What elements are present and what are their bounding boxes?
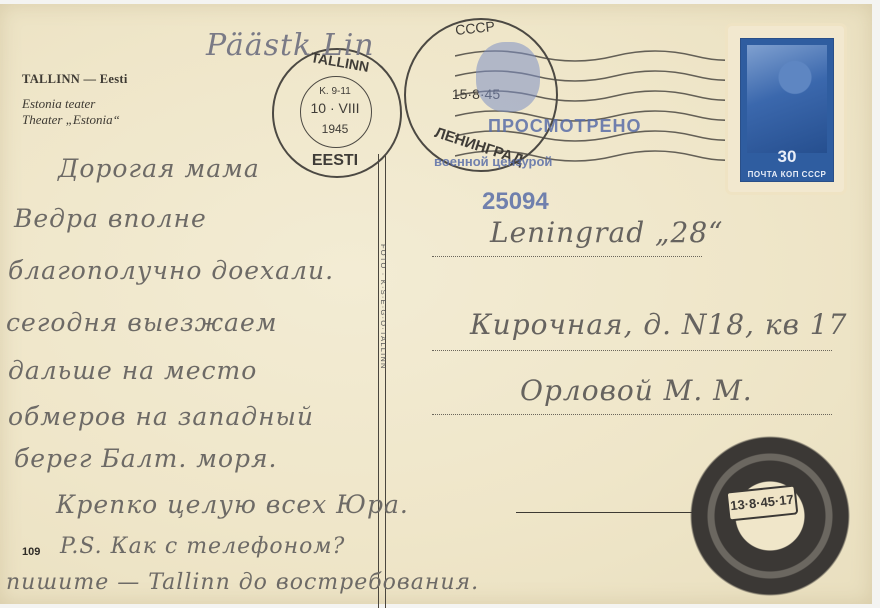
message-line-1: Дорогая мама bbox=[58, 154, 260, 183]
ps-line-1: P.S. Как с телефоном? bbox=[60, 534, 345, 559]
address-street: Кирочная, д. N18, кв 17 bbox=[470, 308, 847, 341]
tallinn-postmark-bottom: EESTI bbox=[300, 152, 370, 170]
message-line-7: берег Балт. моря. bbox=[14, 444, 278, 473]
message-line-4: сегодня выезжаем bbox=[6, 308, 277, 337]
caption-german: Theater „Estonia“ bbox=[22, 112, 120, 128]
censor-line-1: ПРОСМОТРЕНО bbox=[488, 116, 641, 137]
card-number: 109 bbox=[22, 546, 40, 558]
ps-line-2: пишите — Tallinn до востребования. bbox=[6, 570, 479, 595]
printed-title: TALLINN — Eesti bbox=[22, 72, 128, 87]
postage-stamp: 30 ПОЧТА КОП СССР bbox=[728, 26, 844, 192]
blue-ink-blot bbox=[476, 42, 540, 112]
address-line-4 bbox=[516, 512, 696, 513]
postcard: TALLINN — Eesti Estonia teater Theater „… bbox=[0, 4, 872, 604]
address-line-1 bbox=[432, 256, 702, 257]
censor-number: 25094 bbox=[482, 188, 549, 216]
tallinn-postmark-time: K. 9-11 bbox=[300, 86, 370, 97]
handwritten-overline: Päästk Lin bbox=[206, 28, 375, 63]
aviator-portrait-icon bbox=[747, 45, 827, 153]
censor-line-2: военной цензурой bbox=[434, 154, 552, 169]
message-line-2: Ведра вполне bbox=[14, 204, 207, 233]
message-line-6: обмеров на западный bbox=[8, 402, 314, 431]
tallinn-postmark-date: 10 · VIII bbox=[300, 100, 370, 116]
stamp-value: 30 bbox=[741, 147, 833, 167]
address-city: Leningrad „28“ bbox=[490, 216, 723, 249]
address-recipient: Орловой М. М. bbox=[520, 374, 753, 407]
message-line-3: благополучно доехали. bbox=[8, 256, 334, 285]
caption-estonian: Estonia teater bbox=[22, 96, 95, 112]
message-line-8: Крепко целую всех Юра. bbox=[56, 490, 409, 519]
message-line-5: дальше на место bbox=[8, 356, 257, 385]
address-line-3 bbox=[432, 414, 832, 415]
stamp-label: ПОЧТА КОП СССР bbox=[741, 170, 833, 179]
tallinn-postmark-year: 1945 bbox=[300, 122, 370, 136]
photo-credit: FOTO · K·S·E·G·O·TALLINN bbox=[376, 244, 388, 444]
address-line-2 bbox=[432, 350, 832, 351]
stamp-design: 30 ПОЧТА КОП СССР bbox=[740, 38, 834, 182]
